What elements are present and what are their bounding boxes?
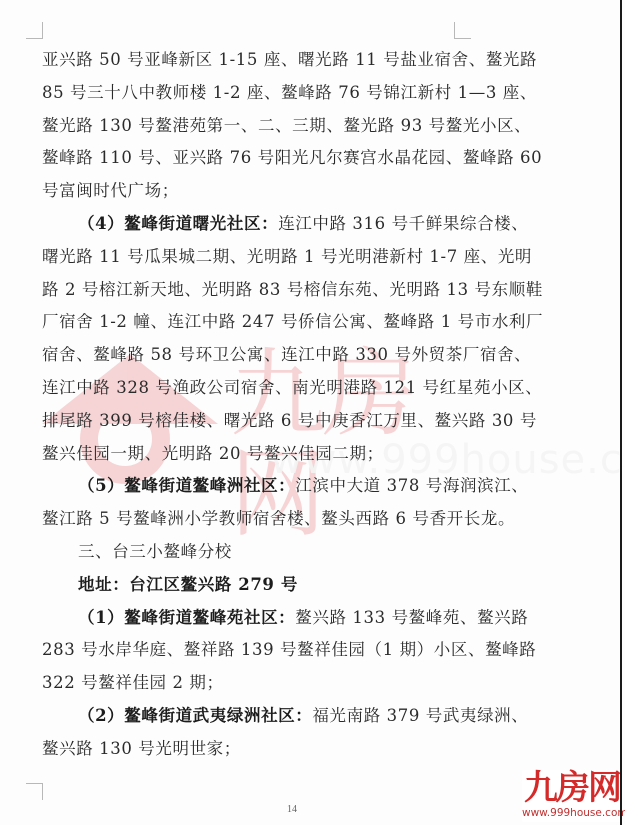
page-number: 14: [287, 804, 297, 815]
text-line: 鳌江路 5 号鳌峰洲小学教师宿舍楼、鳌头西路 6 号香开长龙。: [42, 503, 458, 536]
margin-corner-mark: [26, 783, 43, 800]
section-4-heading-line: （4）鳌峰街道曙光社区：连江中路 316 号千鲜果综合楼、: [42, 208, 458, 241]
logo-url: www.999house.com: [522, 807, 625, 819]
text-line: 福光南路 379 号武夷绿洲、: [312, 706, 528, 725]
text-line: 322 号鳌祥佳园 2 期；: [42, 667, 458, 700]
page-edge-line: [620, 0, 622, 825]
margin-corner-mark: [454, 22, 471, 39]
school-heading: 三、台三小鳌峰分校: [42, 536, 458, 569]
subsection-2-heading-line: （2）鳌峰街道武夷绿洲社区：福光南路 379 号武夷绿洲、: [42, 700, 458, 733]
section-heading: （2）鳌峰街道武夷绿洲社区：: [78, 706, 312, 725]
brand-logo: 九房网 www.999house.com: [522, 770, 620, 822]
section-5-heading-line: （5）鳌峰街道鳌峰洲社区：江滨中大道 378 号海润滨江、: [42, 470, 458, 503]
section-heading: （5）鳌峰街道鳌峰洲社区：: [78, 476, 295, 495]
text-line: 鳌峰路 110 号、亚兴路 76 号阳光凡尔赛宫水晶花园、鳌峰路 60: [42, 142, 458, 175]
text-line: 鳌兴路 130 号光明世家；: [42, 733, 458, 766]
document-body: 亚兴路 50 号亚峰新区 1-15 座、曙光路 11 号盐业宿舍、鳌光路 85 …: [42, 44, 458, 766]
text-line: 宿舍、鳌峰路 58 号环卫公寓、连江中路 330 号外贸茶厂宿舍、: [42, 339, 458, 372]
school-address: 地址：台江区鳌兴路 279 号: [42, 569, 458, 602]
text-line: 鳌兴佳园一期、光明路 20 号鳌兴佳园二期；: [42, 438, 458, 471]
text-line: 曙光路 11 号瓜果城二期、光明路 1 号光明港新村 1-7 座、光明: [42, 241, 458, 274]
section-heading: （1）鳌峰街道鳌峰苑社区：: [78, 608, 295, 627]
margin-corner-mark: [26, 22, 43, 39]
text-line: 厂宿舍 1-2 幢、连江中路 247 号侨信公寓、鳌峰路 1 号市水利厂: [42, 306, 458, 339]
text-line: 亚兴路 50 号亚峰新区 1-15 座、曙光路 11 号盐业宿舍、鳌光路: [42, 44, 458, 77]
text-line: 283 号水岸华庭、鳌祥路 139 号鳌祥佳园（1 期）小区、鳌峰路: [42, 634, 458, 667]
text-line: 鳌光路 130 号鳌港苑第一、二、三期、鳌光路 93 号鳌光小区、: [42, 110, 458, 143]
text-line: 连江中路 316 号千鲜果综合楼、: [278, 214, 528, 233]
text-line: 号富闽时代广场；: [42, 175, 458, 208]
section-heading: （4）鳌峰街道曙光社区：: [78, 214, 278, 233]
text-line: 85 号三十八中教师楼 1-2 座、鳌峰路 76 号锦江新村 1—3 座、: [42, 77, 458, 110]
subsection-1-heading-line: （1）鳌峰街道鳌峰苑社区：鳌兴路 133 号鳌峰苑、鳌兴路: [42, 602, 458, 635]
text-line: 路 2 号榕江新天地、光明路 83 号榕信东苑、光明路 13 号东顺鞋: [42, 274, 458, 307]
text-line: 排尾路 399 号榕佳楼、曙光路 6 号中庚香江万里、鳌兴路 30 号: [42, 405, 458, 438]
text-line: 江滨中大道 378 号海润滨江、: [295, 476, 528, 495]
text-line: 连江中路 328 号渔政公司宿舍、南光明港路 121 号红星苑小区、: [42, 372, 458, 405]
logo-brand-text: 九房网: [524, 770, 620, 806]
document-page: 九房网 www.999house.com 亚兴路 50 号亚峰新区 1-15 座…: [0, 0, 625, 825]
text-line: 鳌兴路 133 号鳌峰苑、鳌兴路: [295, 608, 528, 627]
